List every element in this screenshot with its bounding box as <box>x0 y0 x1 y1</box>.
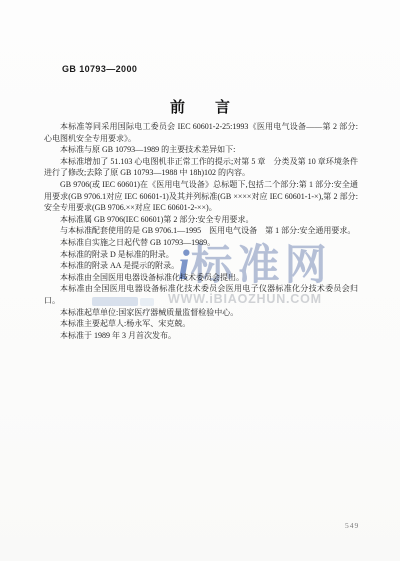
paragraph: 本标准主要起草人:杨永军、宋克兢。 <box>44 318 358 330</box>
paragraph: 本标准与原 GB 10793—1989 的主要技术差异如下: <box>44 144 358 156</box>
paragraph: 本标准的附录 AA 是提示的附录。 <box>44 260 358 272</box>
paragraph: 与本标准配套使用的是 GB 9706.1—1995 医用电气设备 第 1 部分:… <box>44 225 358 237</box>
document-page: GB 10793—2000 前 言 本标准等同采用国际电工委员会 IEC 606… <box>0 0 400 561</box>
foreword-body: 本标准等同采用国际电工委员会 IEC 60601-2-25:1993《医用电气设… <box>44 121 358 341</box>
standard-number: GB 10793—2000 <box>62 64 137 74</box>
paragraph: 本标准增加了 51.103 心电图机非正常工作的提示;对第 5 章 分类及第 1… <box>44 156 358 179</box>
paragraph: GB 9706(或 IEC 60601)在《医用电气设备》总标题下,包括二个部分… <box>44 179 358 214</box>
scan-artifact <box>92 297 138 306</box>
paragraph: 本标准自实施之日起代替 GB 10793—1989。 <box>44 237 358 249</box>
paragraph: 本标准于 1989 年 3 月首次发布。 <box>44 330 358 342</box>
paragraph: 本标准的附录 D 是标准的附录。 <box>44 249 358 261</box>
paragraph: 本标准属 GB 9706(IEC 60601)第 2 部分:安全专用要求。 <box>44 214 358 226</box>
scan-artifact <box>140 298 154 306</box>
paragraph: 本标准等同采用国际电工委员会 IEC 60601-2-25:1993《医用电气设… <box>44 121 358 144</box>
page-number: 549 <box>345 521 359 530</box>
paragraph: 本标准由全国医用电器设备标准化技术委员会提出。 <box>44 272 358 284</box>
page-title: 前 言 <box>0 96 400 117</box>
paragraph: 本标准起草单位:国家医疗器械质量监督检验中心。 <box>44 307 358 319</box>
